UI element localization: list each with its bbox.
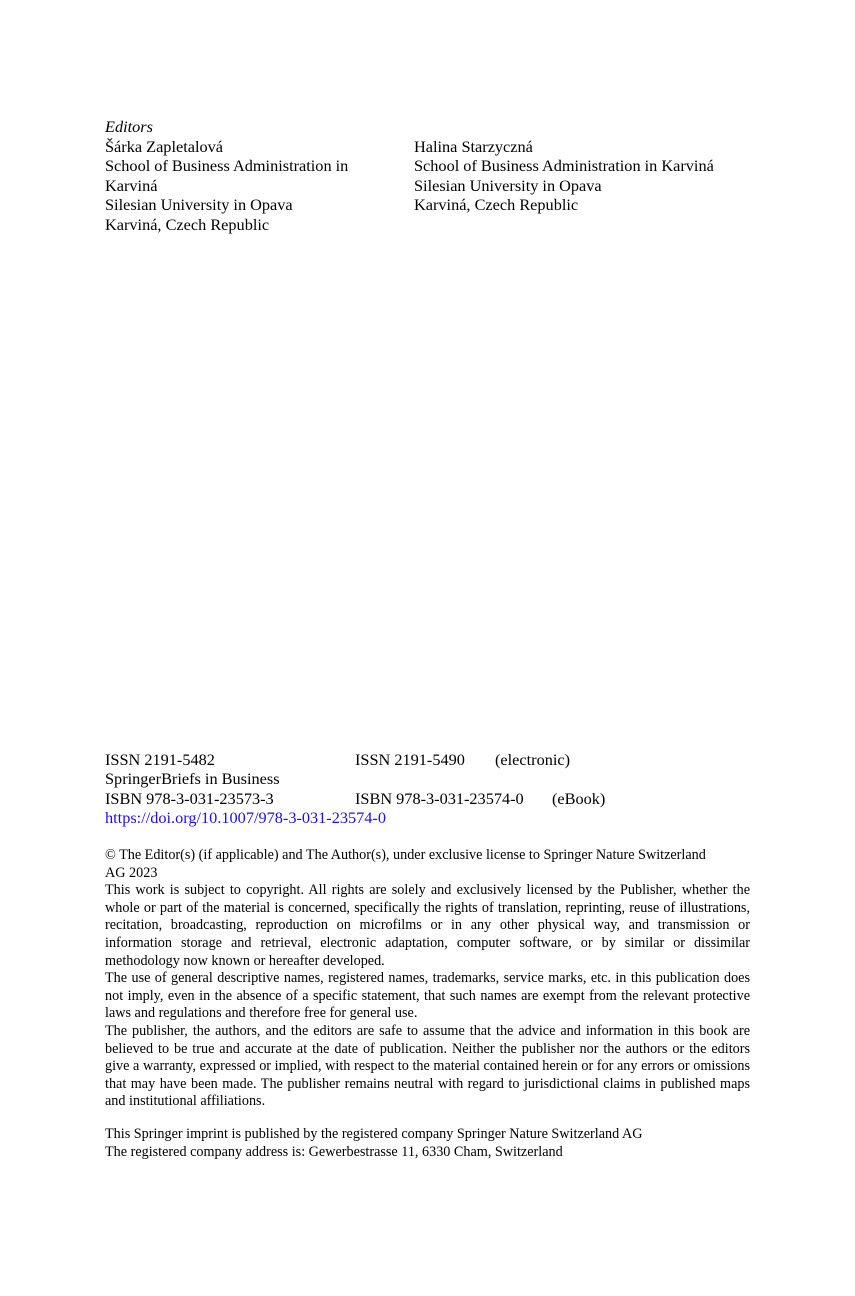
imprint-address: The registered company address is: Gewer… <box>105 1144 750 1162</box>
editor-affiliation-line: Silesian University in Opava <box>414 176 774 196</box>
isbn-print: ISBN 978-3-031-23573-3 <box>105 789 274 808</box>
editor-affiliation-line: School of Business Administration in Kar… <box>414 156 774 176</box>
legal-notice: © The Editor(s) (if applicable) and The … <box>105 847 750 1111</box>
issn-print: ISSN 2191-5482 <box>105 750 215 769</box>
copyright-line: © The Editor(s) (if applicable) and The … <box>105 847 750 865</box>
editor-affiliation-line: School of Business Administration in <box>105 156 385 176</box>
editor-name: Halina Starzyczná <box>414 137 774 157</box>
editor-affiliation-line: Silesian University in Opava <box>105 195 385 215</box>
editor-name: Šárka Zapletalová <box>105 137 385 157</box>
issn-electronic: ISSN 2191-5490 <box>355 750 465 769</box>
disclaimer-paragraph: The publisher, the authors, and the edit… <box>105 1023 750 1111</box>
editor-affiliation-line: Karviná, Czech Republic <box>105 215 385 235</box>
copyright-year: AG 2023 <box>105 865 750 883</box>
imprint-block: This Springer imprint is published by th… <box>105 1126 750 1161</box>
series-name: SpringerBriefs in Business <box>105 769 280 788</box>
editors-label: Editors <box>105 117 153 137</box>
editors-block: Editors Šárka Zapletalová School of Busi… <box>105 117 153 137</box>
names-paragraph: The use of general descriptive names, re… <box>105 970 750 1023</box>
doi-link[interactable]: https://doi.org/10.1007/978-3-031-23574-… <box>105 808 386 827</box>
editor-affiliation-line: Karviná <box>105 176 385 196</box>
editor-affiliation-line: Karviná, Czech Republic <box>414 195 774 215</box>
isbn-ebook-note: (eBook) <box>552 789 605 808</box>
isbn-ebook: ISBN 978-3-031-23574-0 <box>355 789 524 808</box>
editor-entry: Halina Starzyczná School of Business Adm… <box>414 137 774 215</box>
imprint-publisher: This Springer imprint is published by th… <box>105 1126 750 1144</box>
editor-entry: Šárka Zapletalová School of Business Adm… <box>105 137 385 235</box>
rights-paragraph: This work is subject to copyright. All r… <box>105 882 750 970</box>
issn-electronic-note: (electronic) <box>495 750 570 769</box>
